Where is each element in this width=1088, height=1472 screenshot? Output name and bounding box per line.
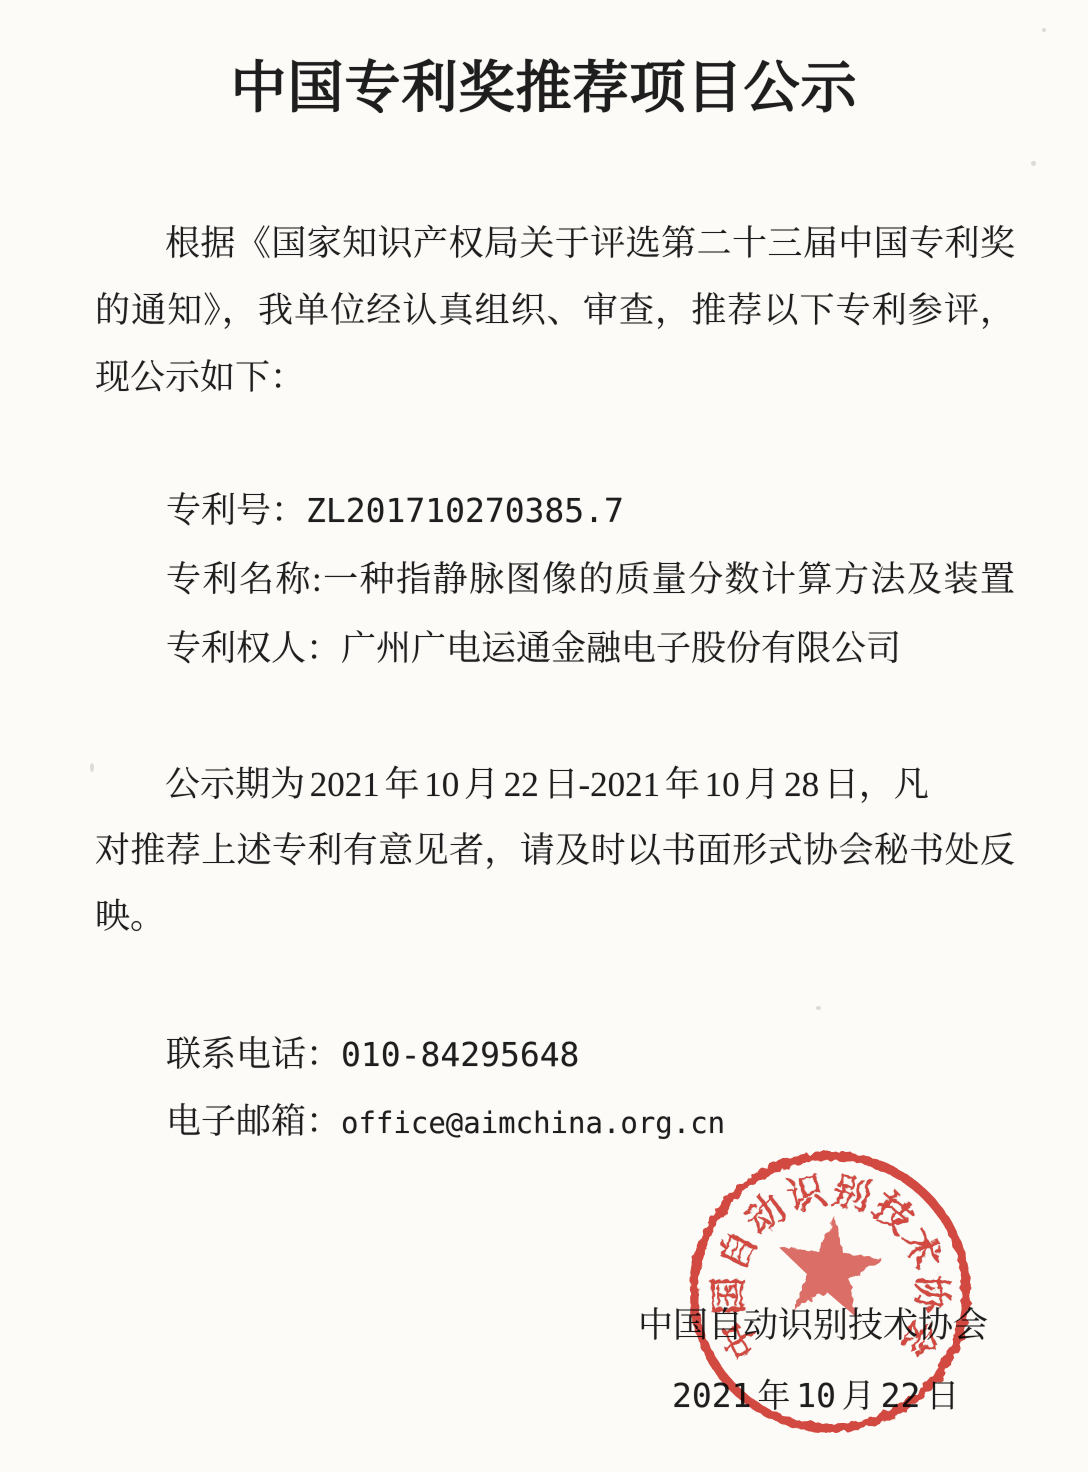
official-seal: 中国自动识别技术协会 xyxy=(680,1142,980,1442)
intro-paragraph: 根据《国家知识产权局关于评选第二十三届中国专利奖 的通知》，我单位经认真组织、审… xyxy=(95,210,1015,411)
scan-speck xyxy=(1031,161,1036,166)
document-page: 中国专利奖推荐项目公示 根据《国家知识产权局关于评选第二十三届中国专利奖 的通知… xyxy=(0,0,1088,1472)
contact-email-value: office@aimchina.org.cn xyxy=(341,1106,725,1140)
patent-owner-line: 专利权人：广州广电运通金融电子股份有限公司 xyxy=(166,614,1015,683)
patent-owner-value: 广州广电运通金融电子股份有限公司 xyxy=(341,629,901,668)
notice-paragraph: 公示期为 2021 年 10 月 22 日-2021 年 10 月 28 日，凡… xyxy=(95,752,1015,950)
patent-number-label: 专利号： xyxy=(166,491,306,530)
patent-info: 专利号：ZL201710270385.7 专利名称:一种指静脉图像的质量分数计算… xyxy=(166,476,1015,683)
patent-name-value: 一种指静脉图像的质量分数计算方法及装置 xyxy=(322,560,1015,599)
notice-line-3: 映。 xyxy=(95,884,1015,950)
document-title: 中国专利奖推荐项目公示 xyxy=(0,46,1088,132)
patent-name-label: 专利名称: xyxy=(166,560,322,599)
contact-email-label: 电子邮箱： xyxy=(166,1102,341,1141)
contact-phone-label: 联系电话： xyxy=(166,1035,341,1074)
notice-line-1: 公示期为 2021 年 10 月 22 日-2021 年 10 月 28 日，凡 xyxy=(95,752,1015,818)
patent-number-line: 专利号：ZL201710270385.7 xyxy=(166,476,1015,545)
seal-star-icon xyxy=(773,1211,885,1319)
intro-line-2: 的通知》，我单位经认真组织、审查，推荐以下专利参评， xyxy=(95,277,1015,344)
contact-phone-value: 010-84295648 xyxy=(341,1035,579,1074)
scan-speck xyxy=(816,1006,821,1010)
seal-graphic: 中国自动识别技术协会 xyxy=(680,1142,980,1442)
scan-speck xyxy=(1042,28,1046,32)
contact-phone-line: 联系电话：010-84295648 xyxy=(166,1021,1086,1088)
notice-line-2: 对推荐上述专利有意见者，请及时以书面形式协会秘书处反 xyxy=(95,818,1015,884)
scan-speck xyxy=(90,763,94,772)
patent-name-line: 专利名称:一种指静脉图像的质量分数计算方法及装置 xyxy=(166,545,1015,614)
contact-info: 联系电话：010-84295648 电子邮箱：office@aimchina.o… xyxy=(166,1021,1086,1157)
patent-owner-label: 专利权人： xyxy=(166,629,341,668)
intro-line-1: 根据《国家知识产权局关于评选第二十三届中国专利奖 xyxy=(95,210,1015,277)
intro-line-3: 现公示如下： xyxy=(95,344,1015,411)
patent-number-value: ZL201710270385.7 xyxy=(306,491,624,530)
